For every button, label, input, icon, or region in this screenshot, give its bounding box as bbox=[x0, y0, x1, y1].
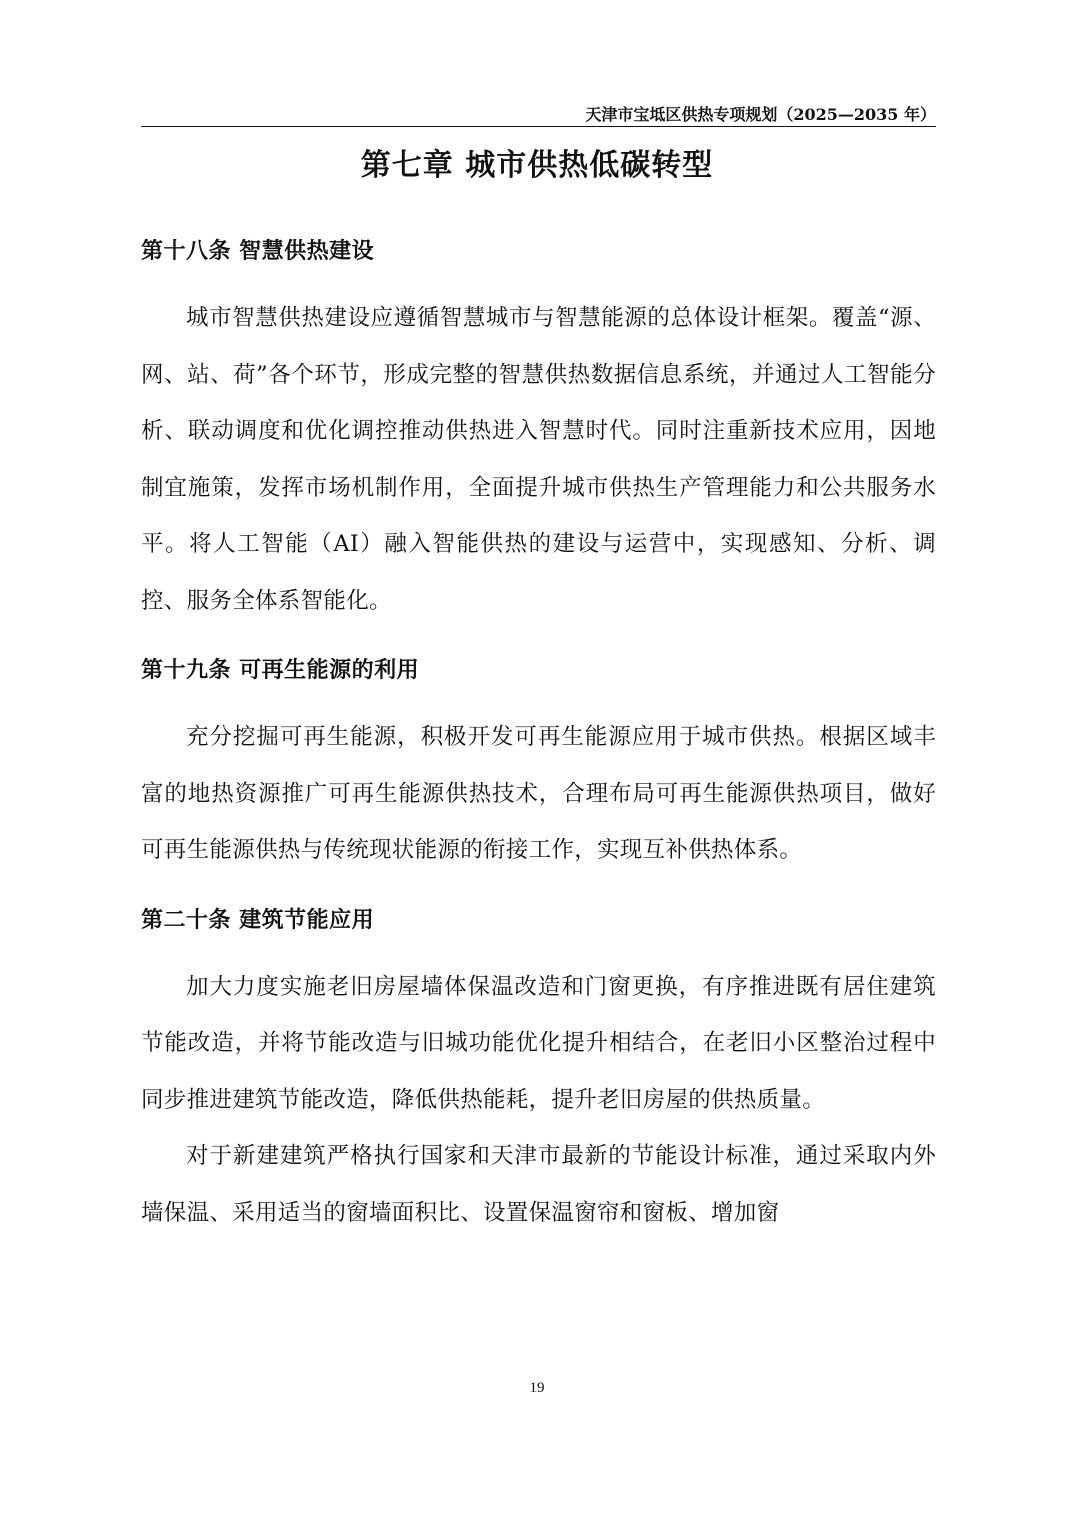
section-heading: 第十九条 可再生能源的利用 bbox=[141, 645, 936, 697]
page-body: 第十八条 智慧供热建设 城市智慧供热建设应遵循智慧城市与智慧能源的总体设计框架。… bbox=[141, 226, 936, 1241]
section-heading: 第二十条 建筑节能应用 bbox=[141, 895, 936, 947]
section-20: 第二十条 建筑节能应用 加大力度实施老旧房屋墙体保温改造和门窗更换，有序推进既有… bbox=[141, 895, 936, 1242]
chapter-title: 第七章 城市供热低碳转型 bbox=[0, 140, 1074, 184]
paragraph: 充分挖掘可再生能源，积极开发可再生能源应用于城市供热。根据区域丰富的地热资源推广… bbox=[141, 709, 936, 879]
section-18: 第十八条 智慧供热建设 城市智慧供热建设应遵循智慧城市与智慧能源的总体设计框架。… bbox=[141, 226, 936, 629]
section-heading: 第十八条 智慧供热建设 bbox=[141, 226, 936, 278]
section-19: 第十九条 可再生能源的利用 充分挖掘可再生能源，积极开发可再生能源应用于城市供热… bbox=[141, 645, 936, 879]
running-header: 天津市宝坻区供热专项规划（2025—2035 年） bbox=[141, 102, 936, 125]
paragraph: 加大力度实施老旧房屋墙体保温改造和门窗更换，有序推进既有居住建筑节能改造，并将节… bbox=[141, 959, 936, 1129]
page-number: 19 bbox=[0, 1380, 1074, 1397]
paragraph: 城市智慧供热建设应遵循智慧城市与智慧能源的总体设计框架。覆盖“源、网、站、荷”各… bbox=[141, 290, 936, 629]
header-divider bbox=[141, 126, 936, 127]
paragraph: 对于新建建筑严格执行国家和天津市最新的节能设计标准，通过采取内外墙保温、采用适当… bbox=[141, 1128, 936, 1241]
